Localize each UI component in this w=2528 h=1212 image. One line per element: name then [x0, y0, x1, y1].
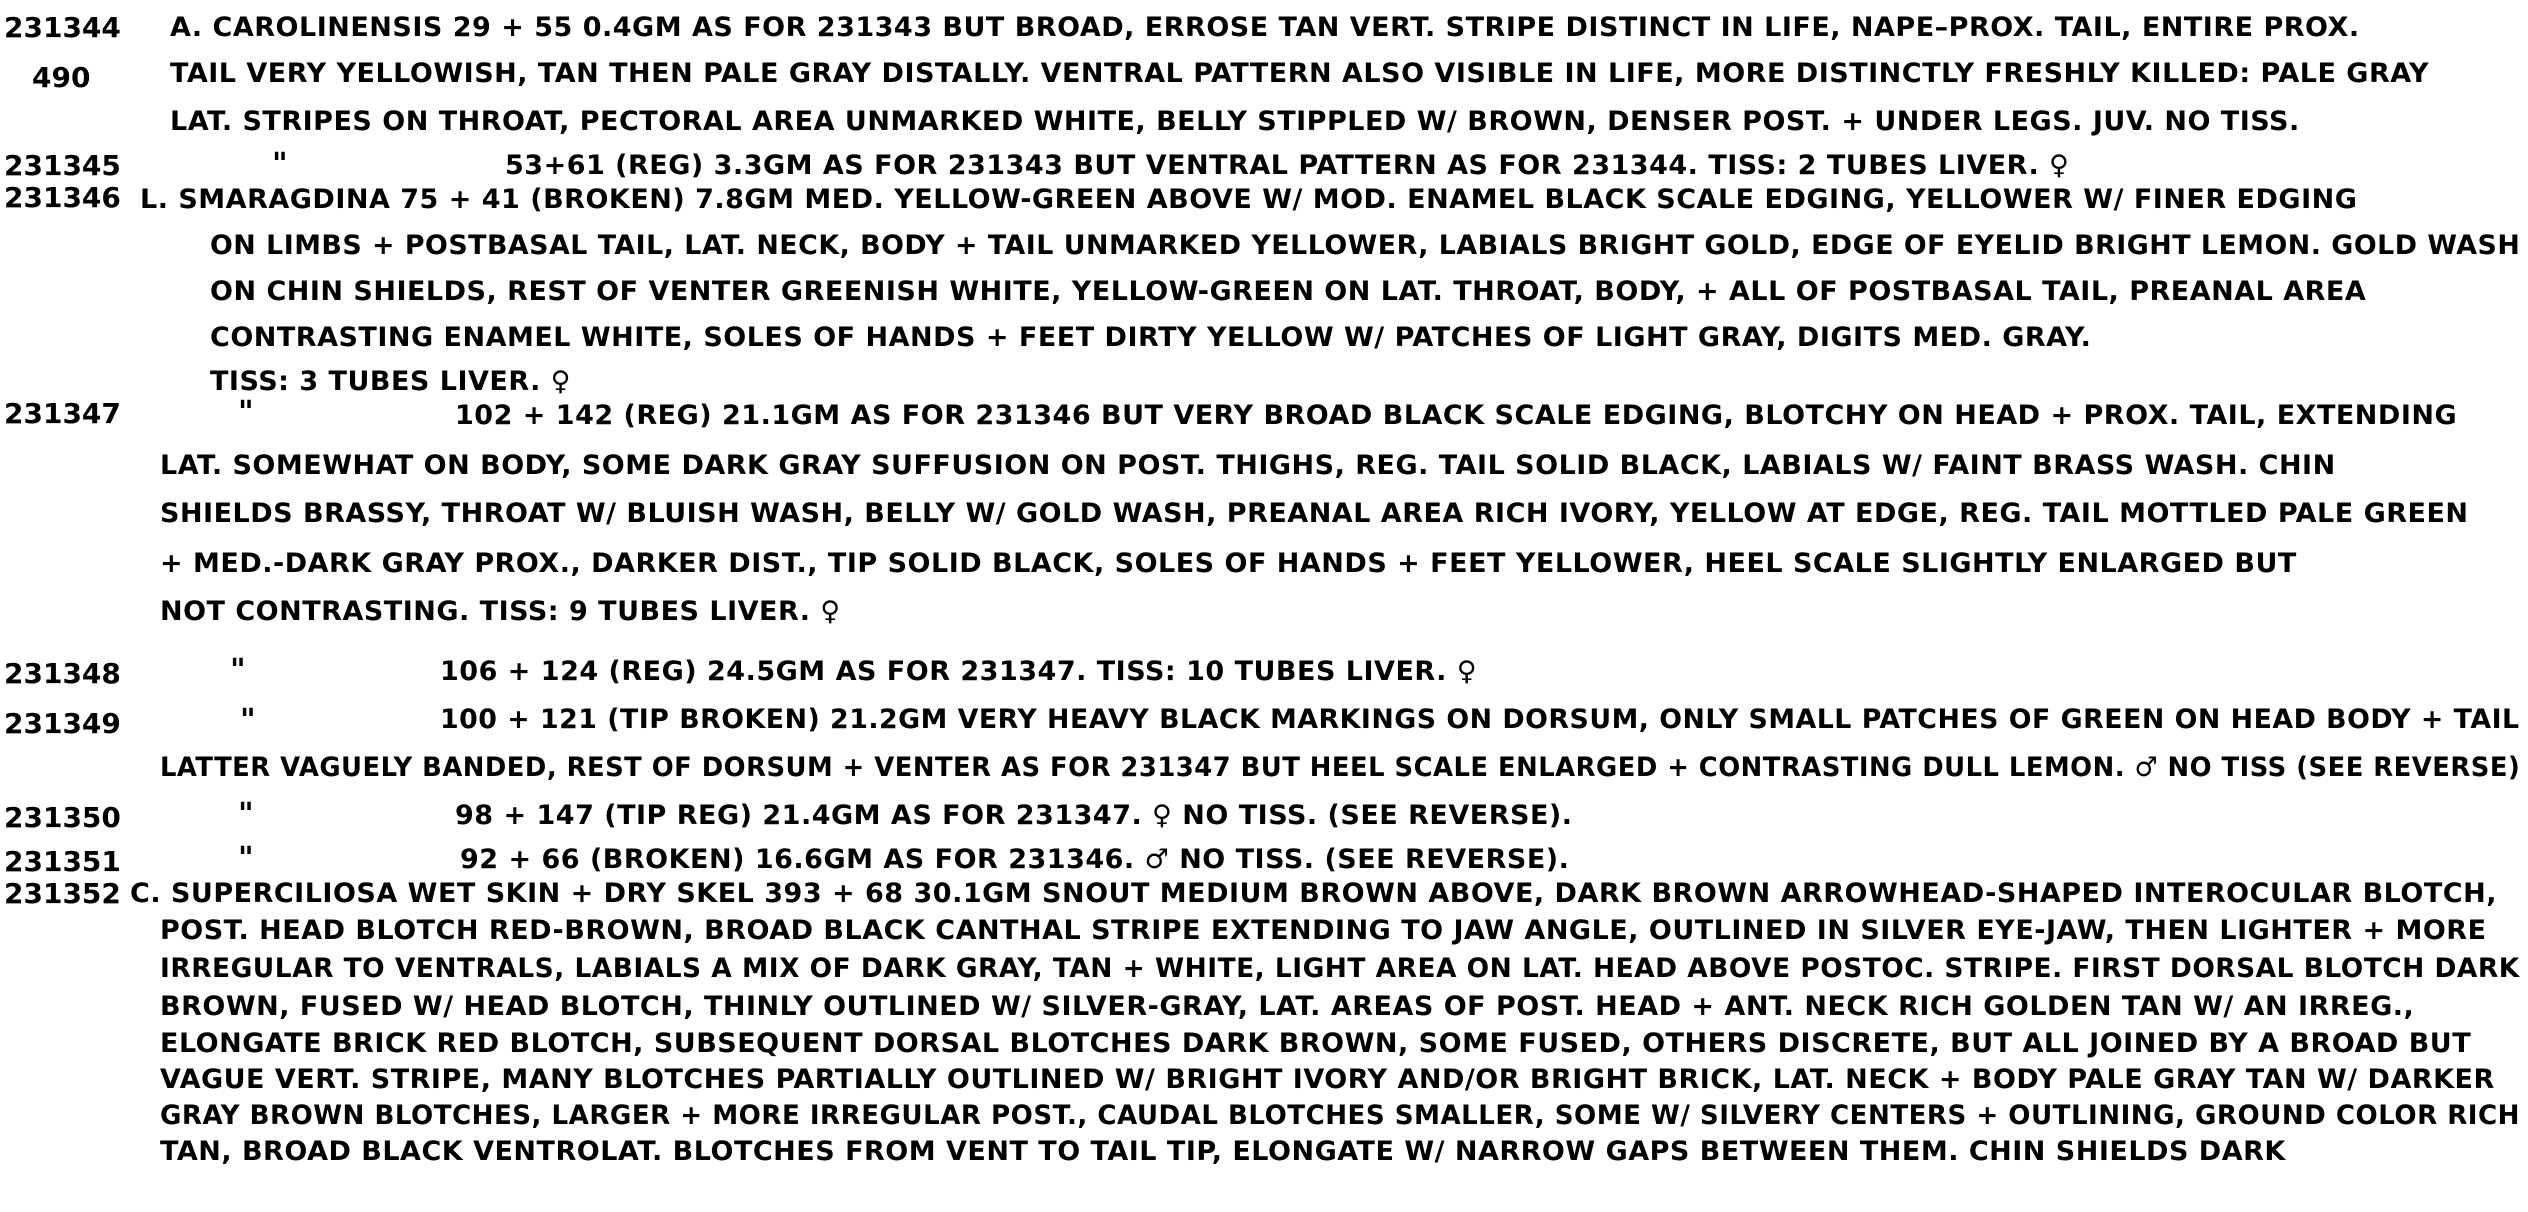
- catalog-number: 231349: [4, 710, 121, 738]
- entry-line: 100 + 121 (TIP BROKEN) 21.2gm VERY HEAVY…: [440, 706, 2520, 733]
- catalog-number: 231351: [4, 848, 121, 876]
- catalog-number: 231352: [4, 880, 121, 908]
- entry-line: POST. HEAD BLOTCH RED-BROWN, BROAD BLACK…: [160, 917, 2487, 944]
- entry-line: ELONGATE BRICK RED BLOTCH, SUBSEQUENT DO…: [160, 1030, 2471, 1057]
- entry-line: ON LIMBS + POSTBASAL TAIL, LAT. NECK, BO…: [210, 232, 2520, 259]
- entry-line: 102 + 142 (REG) 21.1gm AS FOR 231346 BUT…: [455, 402, 2457, 429]
- entry-line: 98 + 147 (TIP REG) 21.4gm AS FOR 231347.…: [455, 802, 1572, 829]
- catalog-number: 231350: [4, 804, 121, 832]
- entry-line: SHIELDS BRASSY, THROAT W/ BLUISH WASH, B…: [160, 500, 2469, 527]
- ditto-mark: ": [272, 150, 288, 180]
- entry-line: LAT. STRIPES ON THROAT, PECTORAL AREA UN…: [170, 108, 2300, 135]
- catalog-number: 231346: [4, 184, 121, 212]
- ditto-mark: ": [230, 656, 246, 686]
- entry-line: A. CAROLINENSIS 29 + 55 0.4gm AS FOR 231…: [170, 14, 2360, 41]
- entry-line: NOT CONTRASTING. TISS: 9 TUBES LIVER. ♀: [160, 598, 841, 625]
- entry-line: 106 + 124 (REG) 24.5gm AS FOR 231347. TI…: [440, 658, 1477, 685]
- ditto-mark: ": [238, 398, 254, 428]
- catalog-number: 231344: [4, 14, 121, 42]
- entry-line: + MED.-DARK GRAY PROX., DARKER DIST., TI…: [160, 550, 2297, 577]
- catalog-number: 231347: [4, 400, 121, 428]
- ditto-mark: ": [238, 844, 254, 874]
- entry-line: IRREGULAR TO VENTRALS, LABIALS A MIX OF …: [160, 955, 2520, 982]
- entry-line: TAIL VERY YELLOWISH, TAN THEN PALE GRAY …: [170, 60, 2429, 87]
- entry-line: 92 + 66 (BROKEN) 16.6gm AS FOR 231346. ♂…: [460, 846, 1569, 873]
- entry-line: LAT. SOMEWHAT ON BODY, SOME DARK GRAY SU…: [160, 452, 2336, 479]
- catalog-number: 231348: [4, 660, 121, 688]
- entry-line: LATTER VAGUELY BANDED, REST OF DORSUM + …: [160, 754, 2520, 781]
- entry-line: CONTRASTING ENAMEL WHITE, SOLES OF HANDS…: [210, 324, 2091, 351]
- ditto-mark: ": [238, 800, 254, 830]
- notebook-page: 231344 490 A. CAROLINENSIS 29 + 55 0.4gm…: [0, 0, 2528, 1212]
- entry-line: VAGUE VERT. STRIPE, MANY BLOTCHES PARTIA…: [160, 1066, 2495, 1093]
- entry-line: L. SMARAGDINA 75 + 41 (BROKEN) 7.8gm MED…: [140, 186, 2357, 213]
- catalog-number: 231345: [4, 152, 121, 180]
- entry-line: TAN, BROAD BLACK VENTROLAT. BLOTCHES FRO…: [160, 1138, 2286, 1165]
- entry-line: BROWN, FUSED W/ HEAD BLOTCH, THINLY OUTL…: [160, 993, 2414, 1020]
- entry-line: GRAY BROWN BLOTCHES, LARGER + MORE IRREG…: [160, 1102, 2520, 1129]
- entry-line: C. SUPERCILIOSA WET SKIN + DRY SKEL 393 …: [130, 880, 2497, 907]
- ditto-mark: ": [240, 706, 256, 736]
- secondary-number: 490: [32, 64, 90, 92]
- entry-line: 53+61 (REG) 3.3gm AS FOR 231343 BUT VENT…: [505, 152, 2069, 179]
- entry-line: ON CHIN SHIELDS, REST OF VENTER GREENISH…: [210, 278, 2366, 305]
- entry-line: TISS: 3 TUBES LIVER. ♀: [210, 368, 571, 395]
